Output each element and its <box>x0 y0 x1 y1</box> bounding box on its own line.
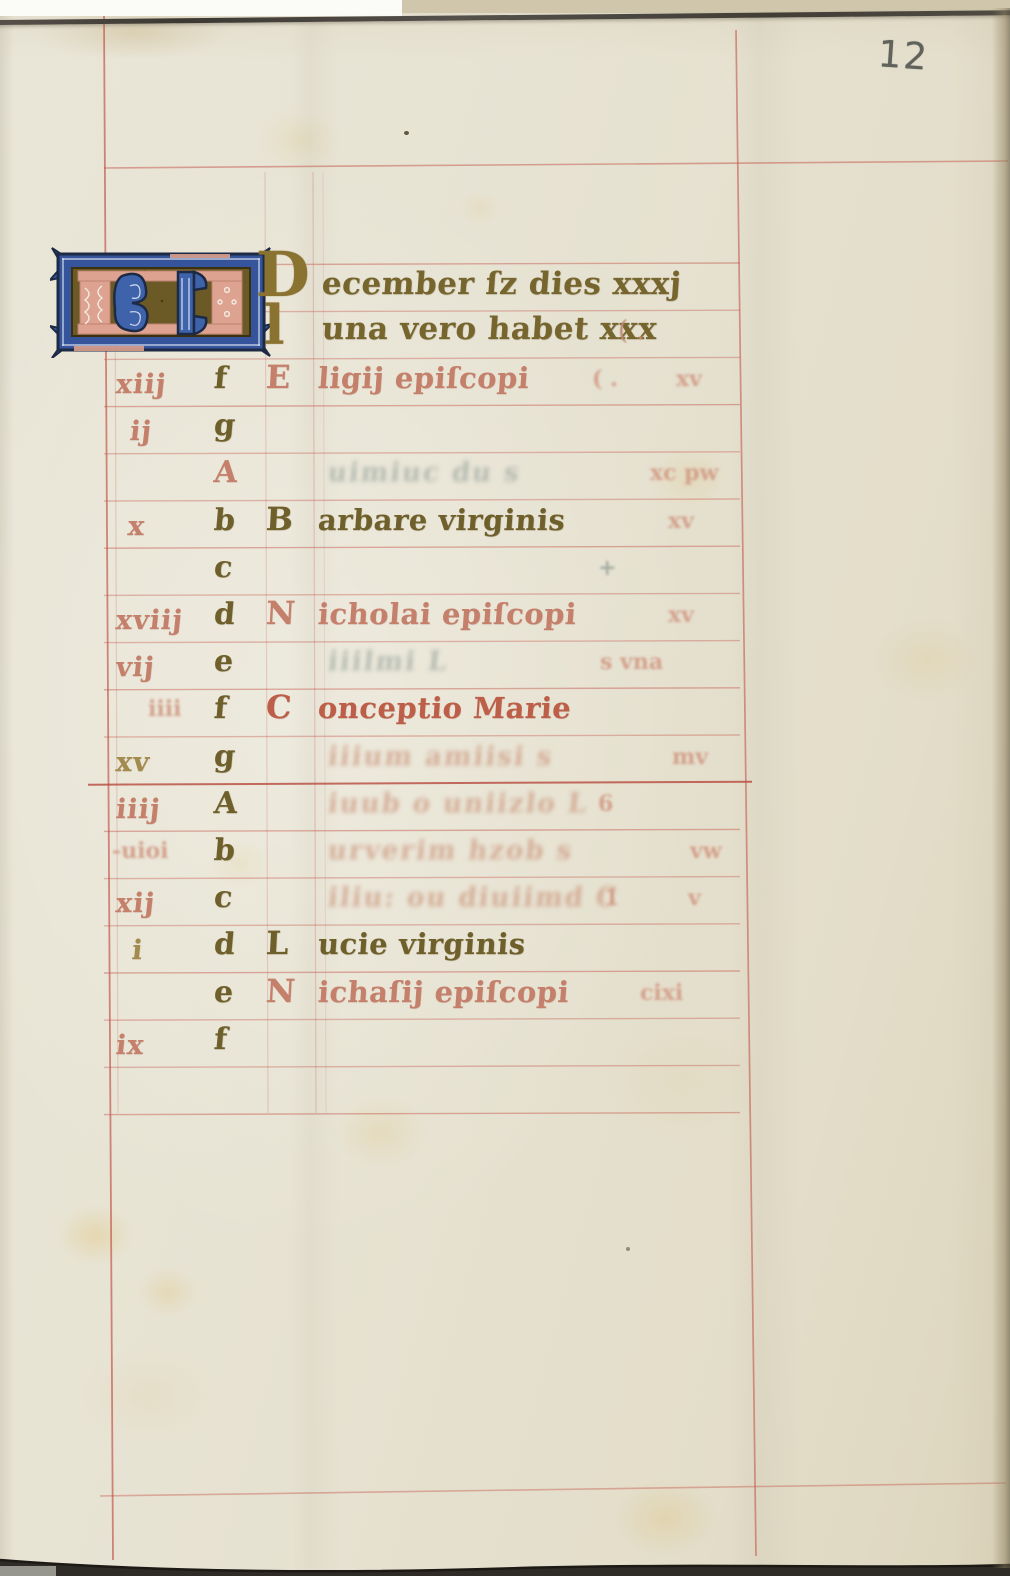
dominical-letter-cell: A <box>213 789 239 819</box>
calendar-row: x b B arbare virginis xv <box>0 500 760 548</box>
dominical-letter-cell: A <box>213 458 239 488</box>
feast-initial-cell: N <box>265 975 296 1007</box>
faded-margin-mark: xv <box>668 604 694 626</box>
faded-margin-mark: cixi <box>640 982 683 1004</box>
faded-margin-mark: vw <box>690 840 722 862</box>
calendar-rows: xiij f E ligij epiſcopi ( .xv ij g A uim… <box>0 0 1010 1576</box>
golden-number-cell: xiij <box>115 371 168 398</box>
faded-margin-mark: s vna <box>600 651 663 673</box>
feast-entry: icholai epiſcopi <box>317 600 578 629</box>
manuscript-photo: D l ecember ſz dies xxxj una vero habet … <box>0 0 1010 1576</box>
right-page-edge <box>992 8 1010 1568</box>
calendar-row: xv g iiium amiisi smv <box>0 736 760 784</box>
dominical-letter-cell: b <box>213 506 237 536</box>
erased-ghost-text: iliu: ou diuiimd C <box>327 885 621 912</box>
dominical-letter-cell: f <box>213 1025 229 1055</box>
faded-margin-mark: + <box>598 557 616 579</box>
erased-ghost-text: iiilmi L <box>327 649 450 676</box>
feast-initial-cell: B <box>265 503 294 535</box>
calendar-row: b urverim hzob s-uioivw <box>0 830 760 878</box>
bottom-edge-seam <box>0 1552 1010 1576</box>
feast-initial-cell: L <box>265 927 289 959</box>
bottom-left-notch <box>0 1566 56 1576</box>
faded-margin-mark: xc pw <box>650 462 719 484</box>
ink-speck <box>626 1247 630 1251</box>
calendar-row: xiij f E ligij epiſcopi ( .xv <box>0 358 760 406</box>
dominical-letter-cell: g <box>213 742 237 772</box>
calendar-row: c + <box>0 547 760 595</box>
calendar-row: f C onceptio Marie iiii <box>0 688 760 736</box>
golden-number-cell: xij <box>115 890 157 917</box>
feast-entry: ligij epiſcopi <box>317 364 530 393</box>
golden-number-cell: xviij <box>115 607 185 634</box>
golden-number-cell: xv <box>115 749 152 776</box>
feast-initial-cell: N <box>265 597 296 629</box>
dominical-letter-cell: c <box>213 553 234 583</box>
dominical-letter-cell: d <box>213 930 237 960</box>
folio-number: 12 <box>877 32 931 78</box>
golden-number-cell: ij <box>129 418 154 445</box>
calendar-row: ix f <box>0 1019 760 1067</box>
feast-initial-cell: C <box>265 691 292 723</box>
calendar-row: e N ichaſij epiſcopi cixi <box>0 972 760 1020</box>
calendar-row: xviij d N icholai epiſcopi xv <box>0 594 760 642</box>
faded-margin-mark: xv <box>668 510 694 532</box>
faded-margin-mark: 6 <box>598 793 613 815</box>
dominical-letter-cell: b <box>213 836 237 866</box>
top-white-strip <box>0 0 402 16</box>
faded-margin-mark: mv <box>672 746 708 768</box>
erased-ghost-text: iuub o uniizlo L <box>327 790 590 817</box>
faded-margin-mark: iiii <box>148 698 181 720</box>
calendar-row: vij e iiilmi Ls vna <box>0 641 760 689</box>
faded-margin-mark: ( . <box>592 368 618 390</box>
dominical-letter-cell: g <box>213 411 237 441</box>
golden-number-cell: ix <box>115 1032 146 1059</box>
ink-speck <box>404 131 409 135</box>
dominical-letter-cell: d <box>213 600 237 630</box>
calendar-row: i d L ucie virginis <box>0 924 760 972</box>
feast-entry: onceptio Marie <box>317 694 572 723</box>
feast-entry: ucie virginis <box>317 930 527 959</box>
calendar-row: ij g <box>0 405 760 453</box>
feast-entry: ichaſij epiſcopi <box>317 978 570 1007</box>
dominical-letter-cell: f <box>213 694 229 724</box>
golden-number-cell: i <box>131 937 145 964</box>
calendar-row: iiij A iuub o uniizlo L6 <box>0 783 760 831</box>
golden-number-cell: vij <box>115 654 157 681</box>
calendar-row: xij c iliu: ou diuiimd C1v <box>0 877 760 925</box>
faded-margin-mark: 1 <box>604 887 619 909</box>
dominical-letter-cell: e <box>213 647 235 677</box>
golden-number-cell: iiij <box>115 796 162 823</box>
erased-ghost-text: uimiuc du s <box>327 460 523 487</box>
faded-margin-mark: -uioi <box>112 840 169 862</box>
calendar-row: A uimiuc du sxc pw <box>0 452 760 500</box>
feast-initial-cell: E <box>265 361 291 393</box>
erased-ghost-text: iiium amiisi s <box>327 743 555 770</box>
feast-entry: arbare virginis <box>317 506 566 535</box>
dominical-letter-cell: c <box>213 883 234 913</box>
faded-margin-mark: xv <box>676 368 702 390</box>
dominical-letter-cell: e <box>213 978 235 1008</box>
erased-ghost-text: urverim hzob s <box>327 837 575 864</box>
dominical-letter-cell: f <box>213 364 229 394</box>
golden-number-cell: x <box>127 513 147 540</box>
faded-margin-mark: v <box>688 887 701 909</box>
